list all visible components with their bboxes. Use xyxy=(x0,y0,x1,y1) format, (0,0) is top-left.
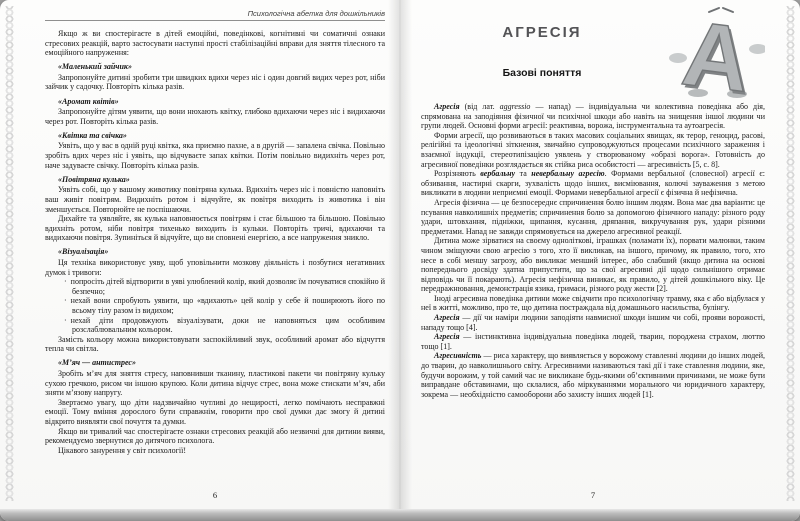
text-run: нехай вони спробують уявити, що «вдихают… xyxy=(71,296,385,315)
text-run: «Маленький зайчик» xyxy=(58,62,132,71)
right-page-text: Агресія (від лат. aggressio — напад) — і… xyxy=(421,102,765,399)
paragraph: Якщо ви тривалий час спостерігаєте ознак… xyxy=(45,427,385,446)
text-run: «Квітка та свічка» xyxy=(58,131,127,140)
paragraph: Цікавого занурення у світ психології! xyxy=(45,446,385,456)
text-run: невербальну агресію xyxy=(531,169,604,178)
paragraph: Запропонуйте дітям уявити, що вони нюхаю… xyxy=(45,107,385,126)
page-left: Психологічна абетка для дошкільників Якщ… xyxy=(0,0,400,509)
text-run: Якщо ви тривалий час спостерігаєте ознак… xyxy=(45,427,385,446)
text-run: Агресія xyxy=(434,102,460,111)
paragraph: Звертаємо увагу, що діти надзвичайно чут… xyxy=(45,398,385,427)
section-heading: Базові поняття xyxy=(421,67,663,79)
paragraph: Дитина може зірватися на своєму однолітк… xyxy=(421,236,765,294)
text-run: Уявіть собі, що у вашому животику повітр… xyxy=(45,185,385,213)
exercise-heading: «Візуалізація» xyxy=(58,247,385,257)
text-run: Агресивність xyxy=(434,351,481,360)
paragraph: Іноді агресивна поведінка дитини може св… xyxy=(421,294,765,313)
text-run: нехай діти продовжують візуалізувати, до… xyxy=(71,316,385,335)
text-run: Запропонуйте дітям уявити, що вони нюхаю… xyxy=(45,107,385,126)
text-run: Цікавого занурення у світ психології! xyxy=(58,446,186,455)
paragraph: Дихайте та уявляйте, як кулька наповнюєт… xyxy=(45,214,385,243)
exercise-heading: «Повітряна кулька» xyxy=(58,175,385,185)
exercise-heading: «Квітка та свічка» xyxy=(58,131,385,141)
paragraph: Агресивність — риса характеру, що виявля… xyxy=(421,351,765,399)
page-right-content: АГРЕСІЯ Базові поняття А А xyxy=(421,0,765,509)
svg-text:А: А xyxy=(677,2,755,98)
text-run: Розрізняють xyxy=(434,169,480,178)
bullet-item: попросіть дітей відтворити в уяві улюбле… xyxy=(45,277,385,296)
left-page-text: Якщо ж ви спостерігаєте в дітей емоційні… xyxy=(45,29,385,455)
paragraph: Агресія фізична — це безпосереднє спричи… xyxy=(421,198,765,236)
text-run: попросіть дітей відтворити в уяві улюбле… xyxy=(71,277,385,296)
page-number-right: 7 xyxy=(421,490,765,500)
paragraph: Замість кольору можна використовувати за… xyxy=(45,335,385,354)
running-head: Психологічна абетка для дошкільників xyxy=(45,0,385,18)
text-run: Запропонуйте дитині зробити три швидких … xyxy=(45,73,385,92)
text-run: Дитина може зірватися на своєму однолітк… xyxy=(421,236,765,293)
text-run: Звертаємо увагу, що діти надзвичайно чут… xyxy=(45,398,385,426)
text-run: Агресія xyxy=(434,332,460,341)
text-run: — дії чи наміри людини заподіяти навмисн… xyxy=(421,313,765,332)
paragraph: Зробіть м’яч для зняття стресу, наповнив… xyxy=(45,369,385,398)
paragraph: Уявіть собі, що у вашому животику повітр… xyxy=(45,185,385,214)
paragraph: Агресія — інстинктивна індивідуальна пов… xyxy=(421,332,765,351)
text-run: та xyxy=(515,169,531,178)
page-number-left: 6 xyxy=(45,490,385,500)
paragraph: Агресія — дії чи наміри людини заподіяти… xyxy=(421,313,765,332)
chapter-titles: АГРЕСІЯ Базові поняття xyxy=(421,0,663,79)
paragraph: Запропонуйте дитині зробити три швидких … xyxy=(45,73,385,92)
paragraph: Уявіть, що у вас в одній руці квітка, як… xyxy=(45,141,385,170)
chapter-title: АГРЕСІЯ xyxy=(421,24,663,41)
paragraph: Якщо ж ви спостерігаєте в дітей емоційні… xyxy=(45,29,385,58)
text-run: Агресія xyxy=(434,313,460,322)
book-spread: Психологічна абетка для дошкільників Якщ… xyxy=(0,0,800,521)
running-head-rule xyxy=(45,20,385,21)
text-run: Агресія фізична — це безпосереднє спричи… xyxy=(421,198,765,236)
exercise-heading: «Аромат квітів» xyxy=(58,97,385,107)
ornament-border-left xyxy=(3,6,16,501)
text-run: Якщо ж ви спостерігаєте в дітей емоційні… xyxy=(45,29,385,57)
letter-a-mascot-icon: А А xyxy=(665,2,765,98)
bullet-item: нехай вони спробують уявити, що «вдихают… xyxy=(45,296,385,315)
paragraph: Форми агресії, що розвиваються в таких м… xyxy=(421,131,765,169)
ornament-border-right xyxy=(784,6,797,501)
exercise-heading: «Маленький зайчик» xyxy=(58,62,385,72)
text-run: Замість кольору можна використовувати за… xyxy=(45,335,385,354)
chapter-header: АГРЕСІЯ Базові поняття А А xyxy=(421,0,765,98)
text-run: aggressio xyxy=(500,102,531,111)
text-run: «Повітряна кулька» xyxy=(58,175,130,184)
text-run: «Візуалізація» xyxy=(58,247,108,256)
text-run: (від лат. xyxy=(460,102,500,111)
text-run: вербальну xyxy=(480,169,515,178)
exercise-heading: «М’яч — антистрес» xyxy=(58,358,385,368)
text-run: Ця техніка використовує уяву, щоб уповіл… xyxy=(45,258,385,277)
page-right: АГРЕСІЯ Базові поняття А А xyxy=(400,0,800,509)
text-run: Уявіть, що у вас в одній руці квітка, як… xyxy=(45,141,385,169)
paragraph: Розрізняють вербальну та невербальну агр… xyxy=(421,169,765,198)
text-run: «Аромат квітів» xyxy=(58,97,119,106)
text-run: «М’яч — антистрес» xyxy=(58,358,136,367)
text-run: Дихайте та уявляйте, як кулька наповнюєт… xyxy=(45,214,385,242)
text-run: Форми агресії, що розвиваються в таких м… xyxy=(421,131,765,169)
paragraph: Ця техніка використовує уяву, щоб уповіл… xyxy=(45,258,385,277)
bullet-item: нехай діти продовжують візуалізувати, до… xyxy=(45,316,385,335)
paragraph: Агресія (від лат. aggressio — напад) — і… xyxy=(421,102,765,131)
text-run: Зробіть м’яч для зняття стресу, наповнив… xyxy=(45,369,385,397)
text-run: Іноді агресивна поведінка дитини може св… xyxy=(421,294,765,313)
page-left-content: Психологічна абетка для дошкільників Якщ… xyxy=(45,0,385,509)
text-run: — інстинктивна індивідуальна поведінка л… xyxy=(421,332,765,351)
